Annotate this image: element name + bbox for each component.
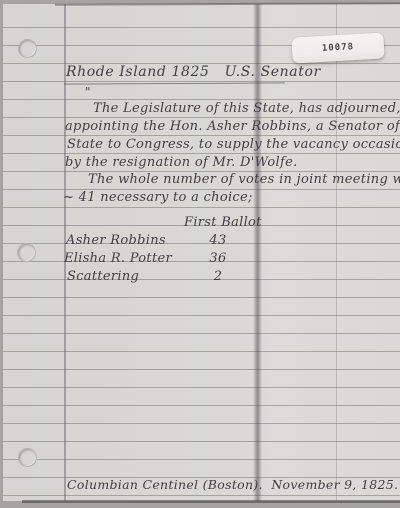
punch-hole-bottom	[18, 448, 37, 467]
catalog-number: 10078	[322, 42, 355, 54]
handwritten-line: State to Congress, to supply the vacancy…	[67, 137, 400, 152]
source-citation: Columbian Centinel (Boston). November 9,…	[67, 477, 398, 492]
handwritten-line: appointing the Hon. Asher Robbins, a Sen…	[65, 119, 400, 134]
handwritten-line: ~ 41 necessary to a choice;	[63, 190, 253, 205]
ballot-table-header: First Ballot	[184, 215, 262, 230]
ballot-row-votes: 2	[195, 269, 241, 284]
catalog-sticker: 10078	[291, 32, 384, 63]
ballot-row-name: Elisha R. Potter	[64, 251, 172, 266]
punch-hole-middle	[17, 243, 36, 262]
scanned-notebook-document: { "sticker": { "number": "10078" }, "pag…	[0, 0, 400, 508]
faint-fold-line	[336, 4, 337, 501]
ballot-row-name: Scattering	[67, 269, 139, 284]
ballot-row-votes: 36	[195, 251, 241, 266]
opening-quote-mark: "	[85, 85, 91, 99]
ballot-row-votes: 43	[195, 233, 241, 248]
handwritten-line: The whole number of votes in joint meeti…	[88, 172, 400, 187]
punch-hole-top	[18, 39, 37, 58]
page-title: Rhode Island 1825 U.S. Senator	[66, 64, 321, 80]
handwritten-line: by the resignation of Mr. D'Wolfe.	[65, 155, 298, 170]
paper-bottom-edge	[22, 500, 400, 503]
handwritten-line: The Legislature of this State, has adjou…	[93, 101, 400, 116]
ballot-row-name: Asher Robbins	[66, 233, 166, 248]
